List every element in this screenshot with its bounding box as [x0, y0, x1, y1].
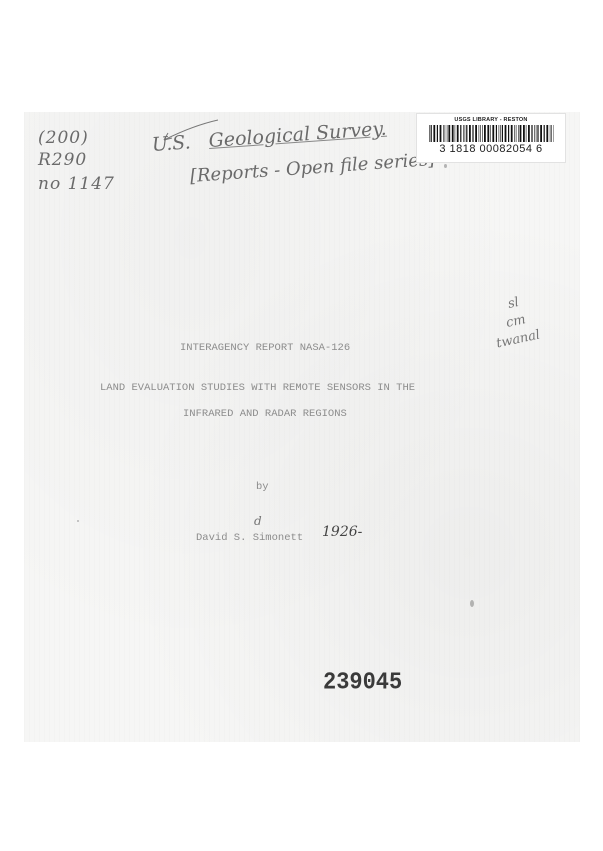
scan-speck: [444, 164, 447, 168]
barcode-number: 3 1818 00082054 6: [417, 143, 565, 155]
barcode-icon: [429, 125, 554, 142]
author-name: David S. Simonett: [196, 532, 303, 544]
accession-stamp: 239045: [323, 669, 402, 697]
series-prefix: U.S.: [151, 131, 191, 156]
call-number-line-3: no 1147: [38, 174, 115, 194]
title-line-1: LAND EVALUATION STUDIES WITH REMOTE SENS…: [100, 382, 415, 394]
scanned-page: [24, 112, 580, 742]
call-number-line-1: (200): [38, 128, 89, 148]
library-barcode-label: USGS LIBRARY - RESTON 3 1818 00082054 6: [416, 113, 566, 163]
title-line-2: INFRARED AND RADAR REGIONS: [183, 408, 347, 420]
barcode-title: USGS LIBRARY - RESTON: [417, 117, 565, 123]
byline: by: [256, 481, 269, 493]
call-number-line-2: R290: [38, 150, 87, 170]
author-dates: 1926-: [322, 524, 362, 540]
report-id: INTERAGENCY REPORT NASA-126: [180, 342, 350, 354]
author-annotation-mark: d: [254, 514, 262, 528]
scan-speck: [470, 600, 474, 607]
scan-speck: [77, 520, 79, 522]
